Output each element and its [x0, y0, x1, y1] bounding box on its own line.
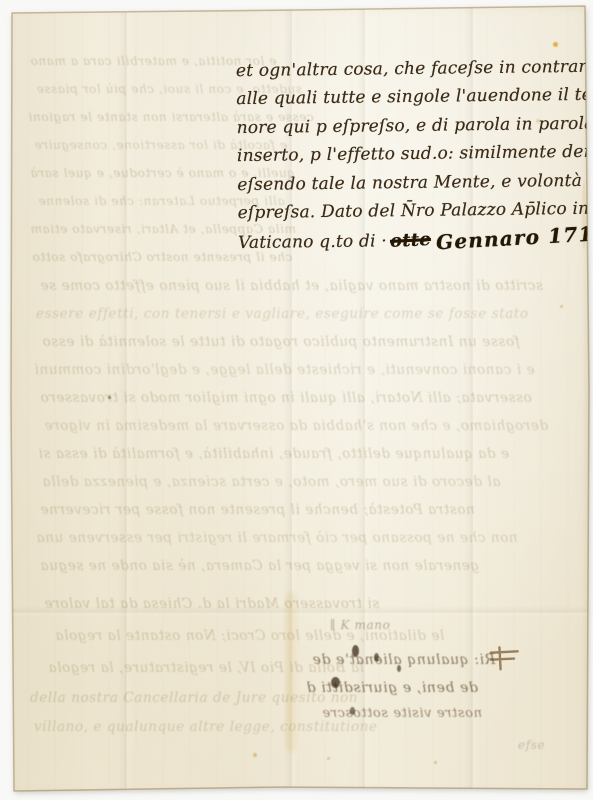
- cross-mark-icon: [487, 643, 522, 673]
- bleedthrough-line: essere effetti, con tenersi e vagliare, …: [36, 306, 529, 322]
- foxing-spot: [553, 42, 558, 47]
- bleedthrough-line: al decoro di suo mero, moto, e certa sci…: [42, 474, 500, 490]
- bleedthrough-line: si trovassero Madri la d. Chiesa da tal …: [44, 596, 379, 612]
- foxing-spot: [350, 707, 355, 715]
- manuscript-paper: e lor notitia, e materbili cara a manosu…: [0, 0, 593, 800]
- foxing-spot: [560, 305, 563, 308]
- bleedthrough-line: osservata; alli Notari, alli quali in og…: [40, 390, 532, 406]
- foxing-spot: [108, 396, 111, 399]
- bleedthrough-line: ∥ K mano: [330, 618, 390, 632]
- struck-word: otte: [389, 226, 431, 256]
- letter-text-block: et ogn'altra cosa, che faceſse in contra…: [236, 53, 578, 258]
- letter-line: inserto, p l'effetto sud.o: similmente d…: [237, 138, 577, 171]
- bleedthrough-line: generale non si vegga per la Camera, nè …: [40, 558, 479, 574]
- bleedthrough-line: non che ne possano per ciò fermare li re…: [36, 530, 518, 546]
- bleedthrough-line: nostra Potestà; benche il presente non f…: [40, 502, 475, 518]
- photo-background: e lor notitia, e materbili cara a manosu…: [0, 0, 593, 800]
- foxing-spot: [352, 645, 359, 657]
- foxing-spot: [397, 665, 401, 672]
- bleedthrough-line: efse: [518, 738, 545, 752]
- letter-line: eſsendo tale la nostra Mente, e volontà: [237, 167, 577, 200]
- bleedthrough-line: e i canoni convenuti, e richieste della …: [34, 362, 535, 378]
- letter-line: alle quali tutte e singole l'auendone il…: [236, 81, 576, 114]
- letter-line: et ogn'altra cosa, che faceſse in contra…: [236, 53, 576, 86]
- foxing-spot: [253, 753, 257, 757]
- letter-line: nore qui p eſpreſso, e di parola in paro…: [236, 110, 576, 143]
- foxing-spot: [327, 757, 330, 760]
- bleedthrough-line: deroghiamo, e che non s'habbia da osserv…: [44, 418, 548, 434]
- bleedthrough-line: scritto di nostra mano vaglia, et habbia…: [40, 278, 543, 294]
- bleedthrough-line: nostre visite sottoscre: [322, 706, 482, 721]
- bleedthrough-line: e da qualunque delitto, fraude, inhabili…: [38, 446, 509, 462]
- foxing-spot: [331, 677, 340, 688]
- date-prefix: Vaticano q.to di ·: [238, 232, 387, 254]
- paper-shadow-wrap: e lor notitia, e materbili cara a manosu…: [0, 0, 593, 800]
- foxing-spot: [434, 761, 437, 764]
- date-line: Vaticano q.to di ·otteGennaro 1712: [238, 223, 578, 258]
- date-emphasis: Gennaro 1712: [435, 219, 593, 257]
- bleedthrough-line: fosse un Instrumento publico rogato di t…: [42, 334, 520, 350]
- bleedthrough-line: villano, e qualunque altre legge, consti…: [34, 719, 378, 735]
- foxing-spot: [374, 653, 379, 662]
- bleedthrough-line: Ri: qualunq alienat'e de: [312, 652, 495, 668]
